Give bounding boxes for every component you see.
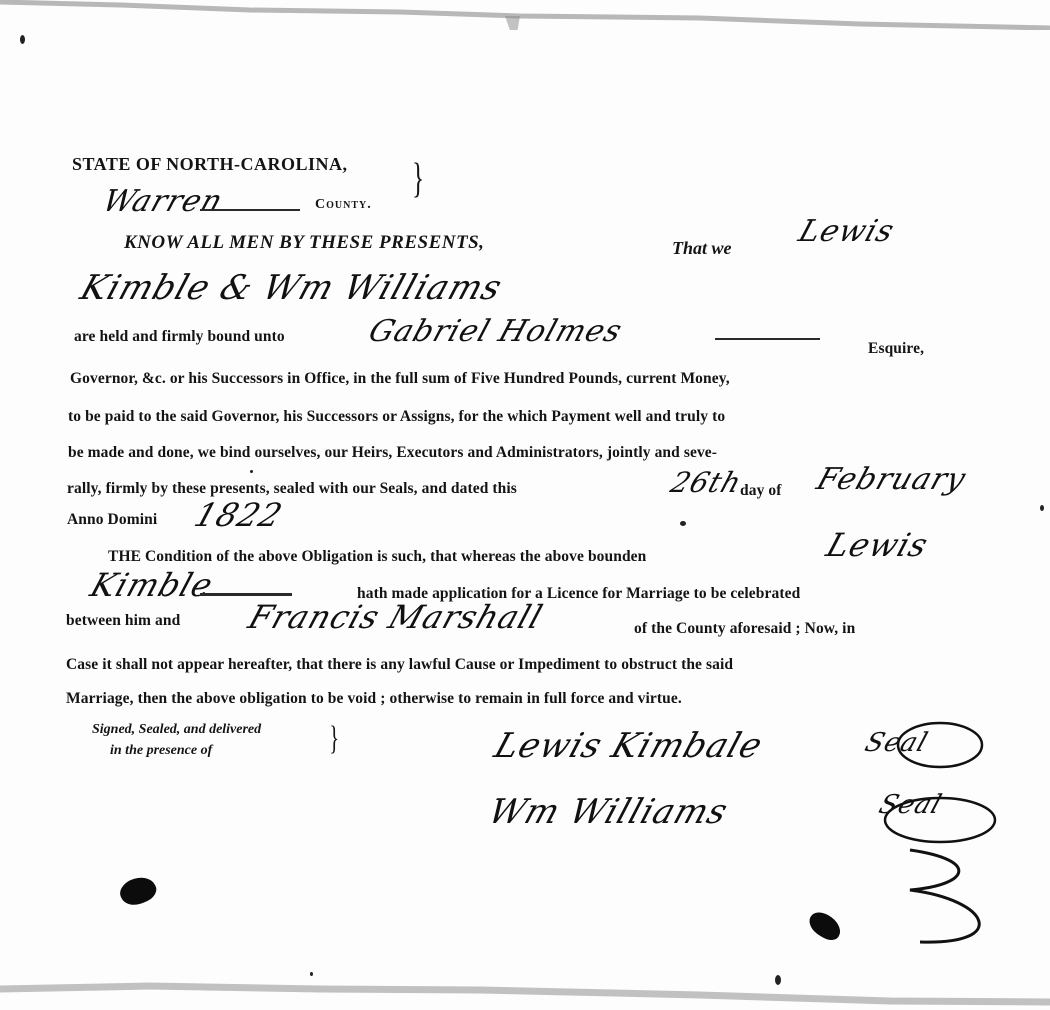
anno-domini-label: Anno Domini — [67, 511, 157, 529]
seal-flourish-icon — [820, 710, 1020, 950]
paper-top-edge — [0, 0, 1050, 30]
body-line-2: Governor, &c. or his Successors in Offic… — [70, 370, 730, 388]
county-underline — [200, 209, 300, 211]
esquire-label: Esquire, — [868, 340, 924, 358]
ink-speck — [775, 975, 781, 985]
ink-speck — [310, 972, 313, 976]
body-line-1-prefix: are held and firmly bound unto — [74, 328, 285, 346]
header-brace: } — [412, 158, 424, 200]
body-line-3: to be paid to the said Governor, his Suc… — [68, 408, 725, 426]
bond-day-handwritten: 26th — [667, 466, 747, 499]
governor-blank-line — [715, 338, 820, 340]
county-label: County. — [315, 197, 372, 213]
bondsman-first-name: Lewis — [794, 214, 899, 249]
groom-first-name: Lewis — [822, 526, 934, 564]
body-line-5-prefix: rally, firmly by these presents, sealed … — [67, 480, 517, 498]
ink-speck — [680, 521, 686, 526]
condition-line-1: THE Condition of the above Obligation is… — [108, 548, 646, 566]
county-name-handwritten: Warren — [98, 184, 227, 219]
condition-line-5: Marriage, then the above obligation to b… — [66, 690, 682, 708]
preamble-opening: KNOW ALL MEN BY THESE PRESENTS, — [124, 232, 484, 254]
attestation-brace: } — [329, 720, 339, 758]
ink-speck — [20, 35, 25, 44]
paper-bottom-edge — [0, 980, 1050, 1010]
condition-line-4: Case it shall not appear hereafter, that… — [66, 656, 733, 674]
groom-surname: Kimble — [86, 566, 218, 604]
condition-line-3-suffix: of the County aforesaid ; Now, in — [634, 620, 855, 638]
condition-line-3-prefix: between him and — [66, 612, 180, 630]
state-heading: STATE OF NORTH-CAROLINA, — [72, 154, 348, 175]
governor-name-handwritten: Gabriel Holmes — [364, 314, 627, 349]
ink-blot — [116, 872, 160, 911]
attestation-line-2: in the presence of — [110, 743, 212, 759]
ink-speck — [250, 470, 253, 473]
day-of-label: day of — [740, 482, 782, 500]
bond-month-handwritten: February — [812, 462, 970, 497]
attestation-line-1: Signed, Sealed, and delivered — [92, 722, 261, 738]
bond-year-handwritten: 1822 — [190, 496, 288, 534]
signature-1: Lewis Kimbale — [490, 726, 768, 766]
groom-blank-line — [200, 593, 292, 596]
body-line-4: be made and done, we bind ourselves, our… — [68, 444, 717, 462]
bondsmen-names: Kimble & Wm Williams — [76, 268, 508, 308]
signature-2: Wm Williams — [484, 792, 734, 832]
ink-speck — [1040, 505, 1044, 511]
document-page: STATE OF NORTH-CAROLINA, Warren County. … — [0, 0, 1050, 1010]
that-we-label: That we — [672, 238, 732, 259]
bride-name-handwritten: Francis Marshall — [244, 598, 548, 636]
